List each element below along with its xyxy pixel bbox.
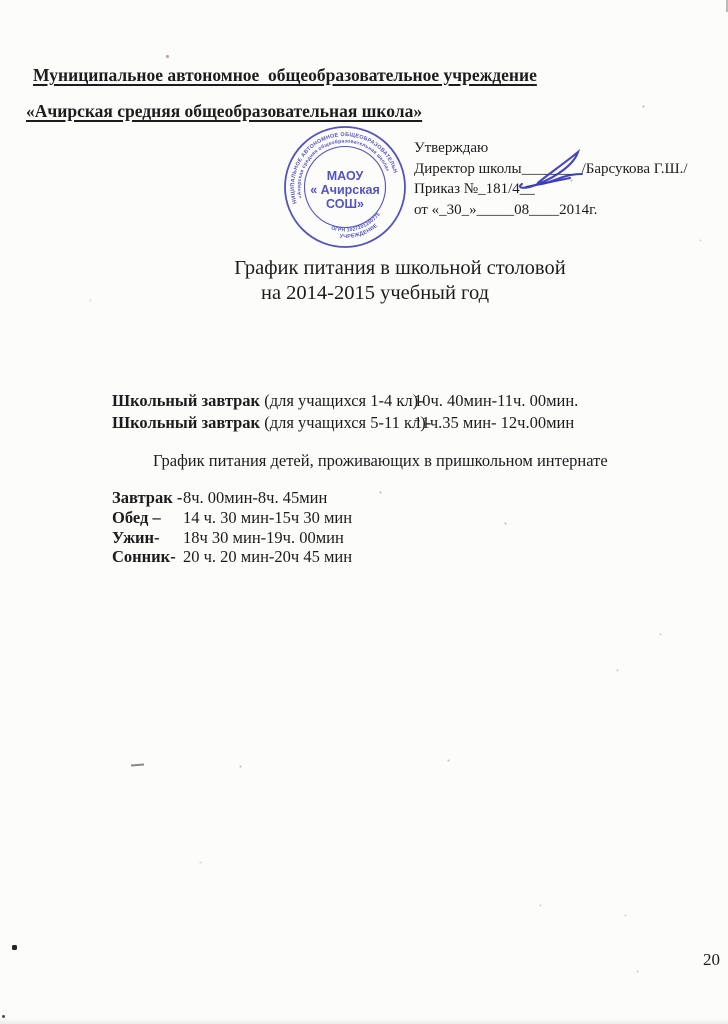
boarding-heading: График питания детей, проживающих в приш… bbox=[153, 451, 608, 471]
director-prefix: Директор школы bbox=[414, 161, 522, 177]
meal-time: 8ч. 00мин-8ч. 45мин bbox=[183, 488, 327, 508]
svg-text:« Ачирская: « Ачирская bbox=[310, 183, 379, 197]
meal-label: Обед – bbox=[112, 508, 183, 528]
header-line-1: Муниципальное автономное общеобразовател… bbox=[33, 64, 728, 86]
school-meal-schedule: Школьный завтрак (для учащихся 1-4 кл)- … bbox=[112, 390, 578, 433]
boarding-meal-row: Завтрак - 8ч. 00мин-8ч. 45мин bbox=[112, 488, 352, 508]
svg-text:МАОУ: МАОУ bbox=[327, 169, 364, 183]
school-meal-row: Школьный завтрак (для учащихся 1-4 кл)- … bbox=[112, 390, 578, 412]
header-line-2-wrap: «Ачирская средняя общеобразовательная шк… bbox=[26, 100, 728, 122]
meal-label: Школьный завтрак bbox=[112, 391, 264, 410]
boarding-meal-row: Ужин- 18ч 30 мин-19ч. 00мин bbox=[112, 528, 352, 548]
bottom-smudge bbox=[0, 1018, 728, 1024]
scan-noise bbox=[0, 0, 1, 1]
scanned-document-page: Муниципальное автономное общеобразовател… bbox=[0, 0, 728, 1024]
meal-time: 20 ч. 20 мин-20ч 45 мин bbox=[183, 547, 352, 567]
meal-time: 11ч.35 мин- 12ч.00мин bbox=[414, 412, 574, 434]
boarding-meal-row: Обед – 14 ч. 30 мин-15ч 30 мин bbox=[112, 508, 352, 528]
header-line-2: «Ачирская средняя общеобразовательная шк… bbox=[26, 100, 728, 122]
date-line: от «_30_»_____08____2014г. bbox=[414, 200, 688, 221]
meal-label: Сонник- bbox=[112, 547, 183, 567]
page-number: 20 bbox=[703, 950, 720, 970]
school-meal-row: Школьный завтрак (для учащихся 5-11 кл)-… bbox=[112, 412, 578, 434]
stamp-center-text: МАОУ « Ачирская СОШ» bbox=[310, 169, 379, 211]
meal-time: 14 ч. 30 мин-15ч 30 мин bbox=[183, 508, 352, 528]
boarding-meal-row: Сонник- 20 ч. 20 мин-20ч 45 мин bbox=[112, 547, 352, 567]
meal-label: Школьный завтрак bbox=[112, 413, 264, 432]
meal-label: Завтрак - bbox=[112, 488, 183, 508]
signature-scribble bbox=[512, 144, 632, 192]
doc-title-line-2: на 2014-2015 учебный год bbox=[11, 281, 728, 306]
meal-detail: (для учащихся 5-11 кл)- bbox=[264, 413, 431, 432]
meal-label: Ужин- bbox=[112, 528, 183, 548]
scan-dash bbox=[131, 764, 144, 767]
boarding-meal-schedule: Завтрак - 8ч. 00мин-8ч. 45мин Обед – 14 … bbox=[112, 488, 352, 567]
meal-time: 10ч. 40мин-11ч. 00мин. bbox=[414, 390, 578, 412]
svg-text:СОШ»: СОШ» bbox=[326, 197, 364, 211]
meal-time: 18ч 30 мин-19ч. 00мин bbox=[183, 528, 344, 548]
doc-title: График питания в школьной столовой на 20… bbox=[0, 256, 728, 306]
meal-detail: (для учащихся 1-4 кл)- bbox=[264, 391, 423, 410]
school-stamp: МУНИЦИПАЛЬНОЕ АВТОНОМНОЕ ОБЩЕОБРАЗОВАТЕЛ… bbox=[281, 123, 409, 251]
doc-title-line-1: График питания в школьной столовой bbox=[36, 256, 728, 281]
header: Муниципальное автономное общеобразовател… bbox=[33, 64, 728, 86]
